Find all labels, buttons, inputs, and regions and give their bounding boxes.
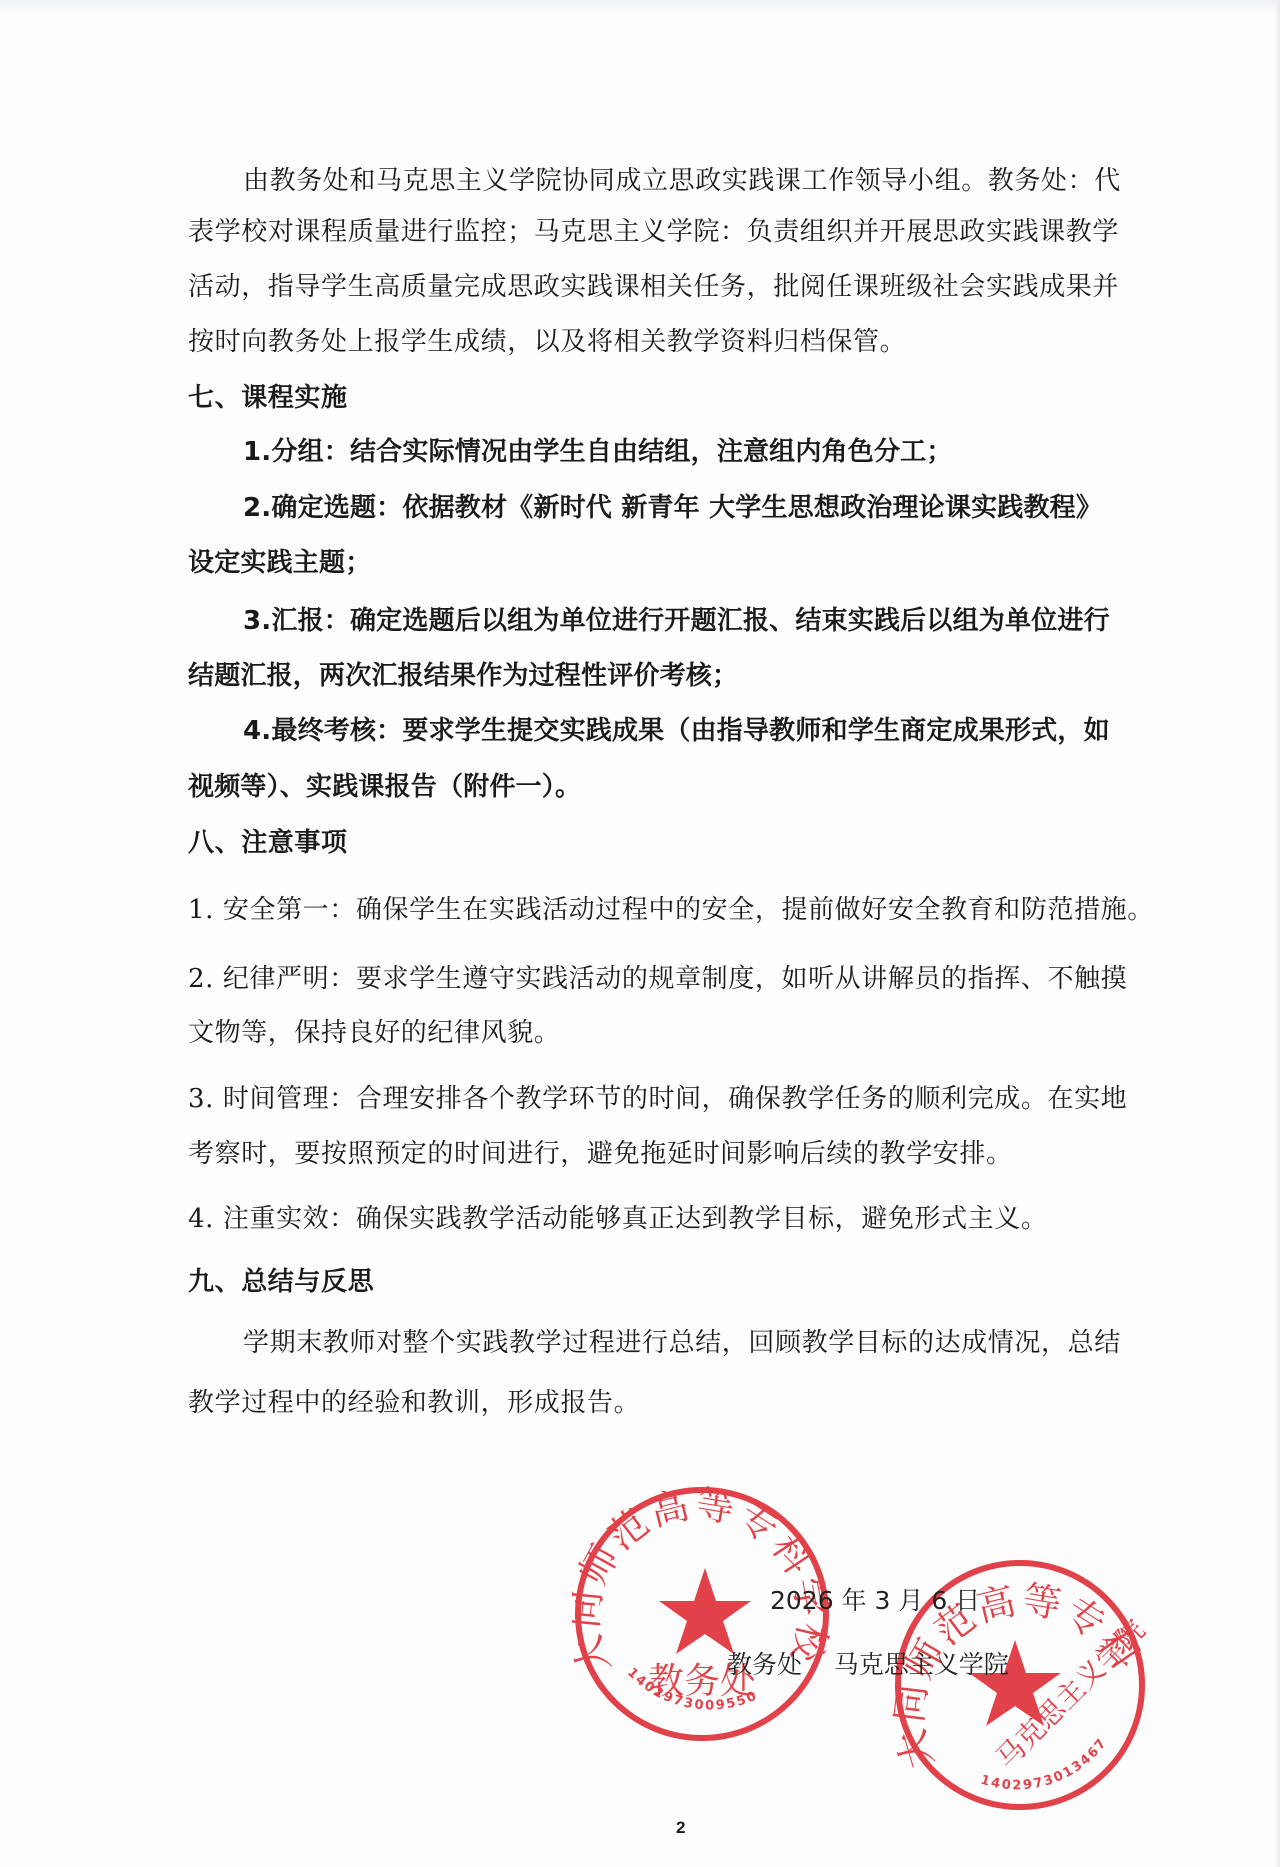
section-heading: 九、总结与反思 [188,1267,1148,1297]
summary-line: 教学过程中的经验和教训，形成报告。 [188,1388,1148,1418]
page-number: 2 [676,1818,685,1838]
list-item: 1. 安全第一：确保学生在实践活动过程中的安全，提前做好安全教育和防范措施。 [188,895,1148,925]
star-icon [659,1568,751,1654]
list-item: 3.汇报：确定选题后以组为单位进行开题汇报、结束实践后以组为单位进行 [243,606,1203,636]
list-item-continuation: 结题汇报，两次汇报结果作为过程性评价考核； [188,661,1148,691]
intro-line: 由教务处和马克思主义学院协同成立思政实践课工作领导小组。教务处：代 [243,166,1203,196]
signature-signers: 教务处 马克思主义学院 [727,1650,1009,1680]
paper-right-edge [1274,0,1280,1867]
section-heading: 七、课程实施 [188,383,1148,413]
summary-line: 学期末教师对整个实践教学过程进行总结，回顾教学目标的达成情况，总结 [243,1328,1203,1358]
paper-top-shadow [0,0,1280,14]
list-item: 4. 注重实效：确保实践教学活动能够真正达到教学目标，避免形式主义。 [188,1204,1148,1234]
list-item-continuation: 考察时，要按照预定的时间进行，避免拖延时间影响后续的教学安排。 [188,1139,1148,1169]
list-item: 1.分组：结合实际情况由学生自由结组，注意组内角色分工； [243,437,1203,467]
list-item: 3. 时间管理：合理安排各个教学环节的时间，确保教学任务的顺利完成。在实地 [188,1084,1148,1114]
intro-line: 按时向教务处上报学生成绩，以及将相关教学资料归档保管。 [188,327,1148,357]
section-heading: 八、注意事项 [188,828,1148,858]
list-item: 2.确定选题：依据教材《新时代 新青年 大学生思想政治理论课实践教程》 [243,493,1203,523]
intro-line: 活动，指导学生高质量完成思政实践课相关任务，批阅任课班级社会实践成果并 [188,272,1148,302]
list-item-continuation: 文物等，保持良好的纪律风貌。 [188,1018,1148,1048]
list-item: 2. 纪律严明：要求学生遵守实践活动的规章制度，如听从讲解员的指挥、不触摸 [188,964,1148,994]
list-item-continuation: 设定实践主题； [188,548,1148,578]
intro-line: 表学校对课程质量进行监控；马克思主义学院：负责组织并开展思政实践课教学 [188,217,1148,247]
list-item-continuation: 视频等）、实践课报告（附件一）。 [188,772,1148,802]
list-item: 4.最终考核：要求学生提交实践成果（由指导教师和学生商定成果形式，如 [243,716,1203,746]
signature-date: 2026 年 3 月 6 日 [770,1586,980,1616]
